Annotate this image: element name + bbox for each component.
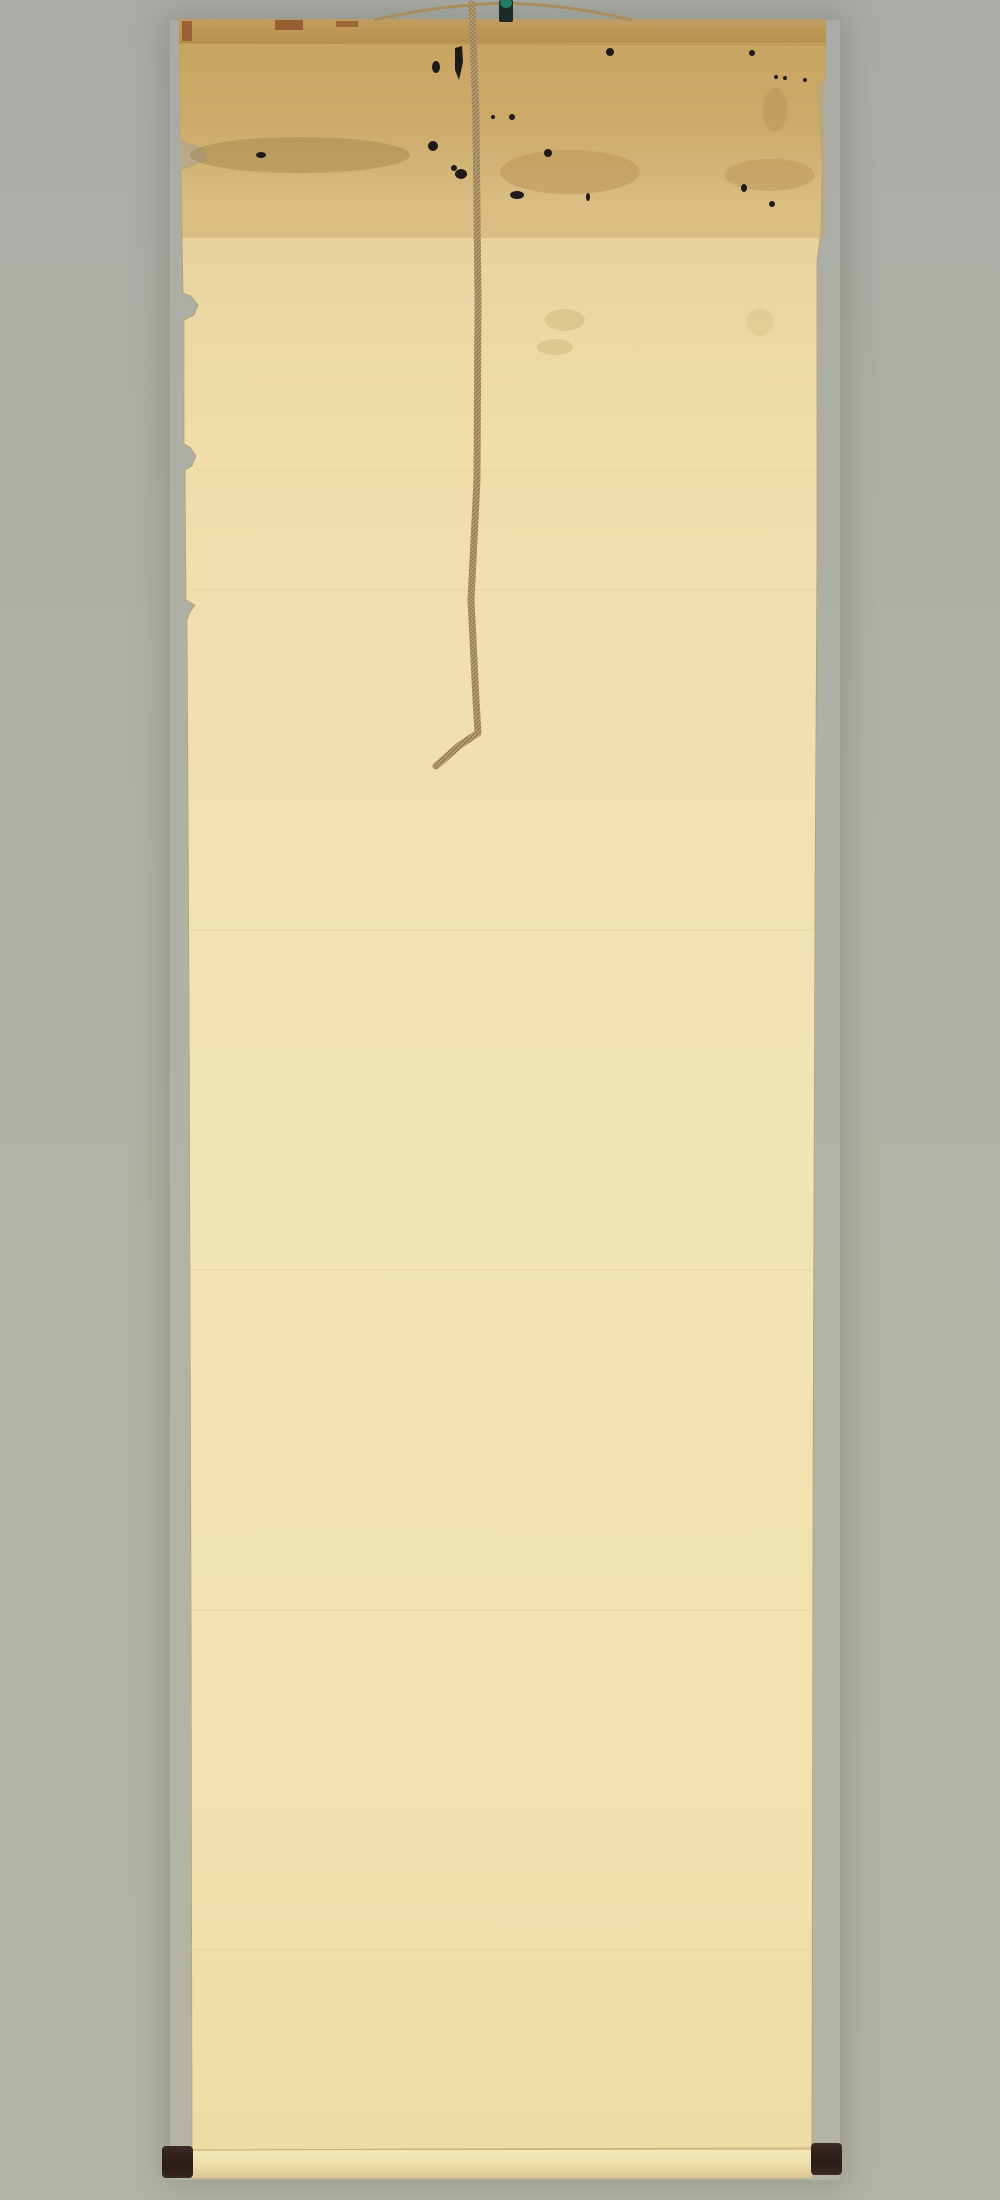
wall-hook [499,0,513,22]
scroll-paper [179,20,826,2150]
hanging-scroll [0,0,1000,2200]
roller-knob-left [162,2146,193,2178]
bottom-roller [192,2150,812,2178]
roller-knob-right [811,2143,842,2175]
scroll-illustration [0,0,1000,2200]
